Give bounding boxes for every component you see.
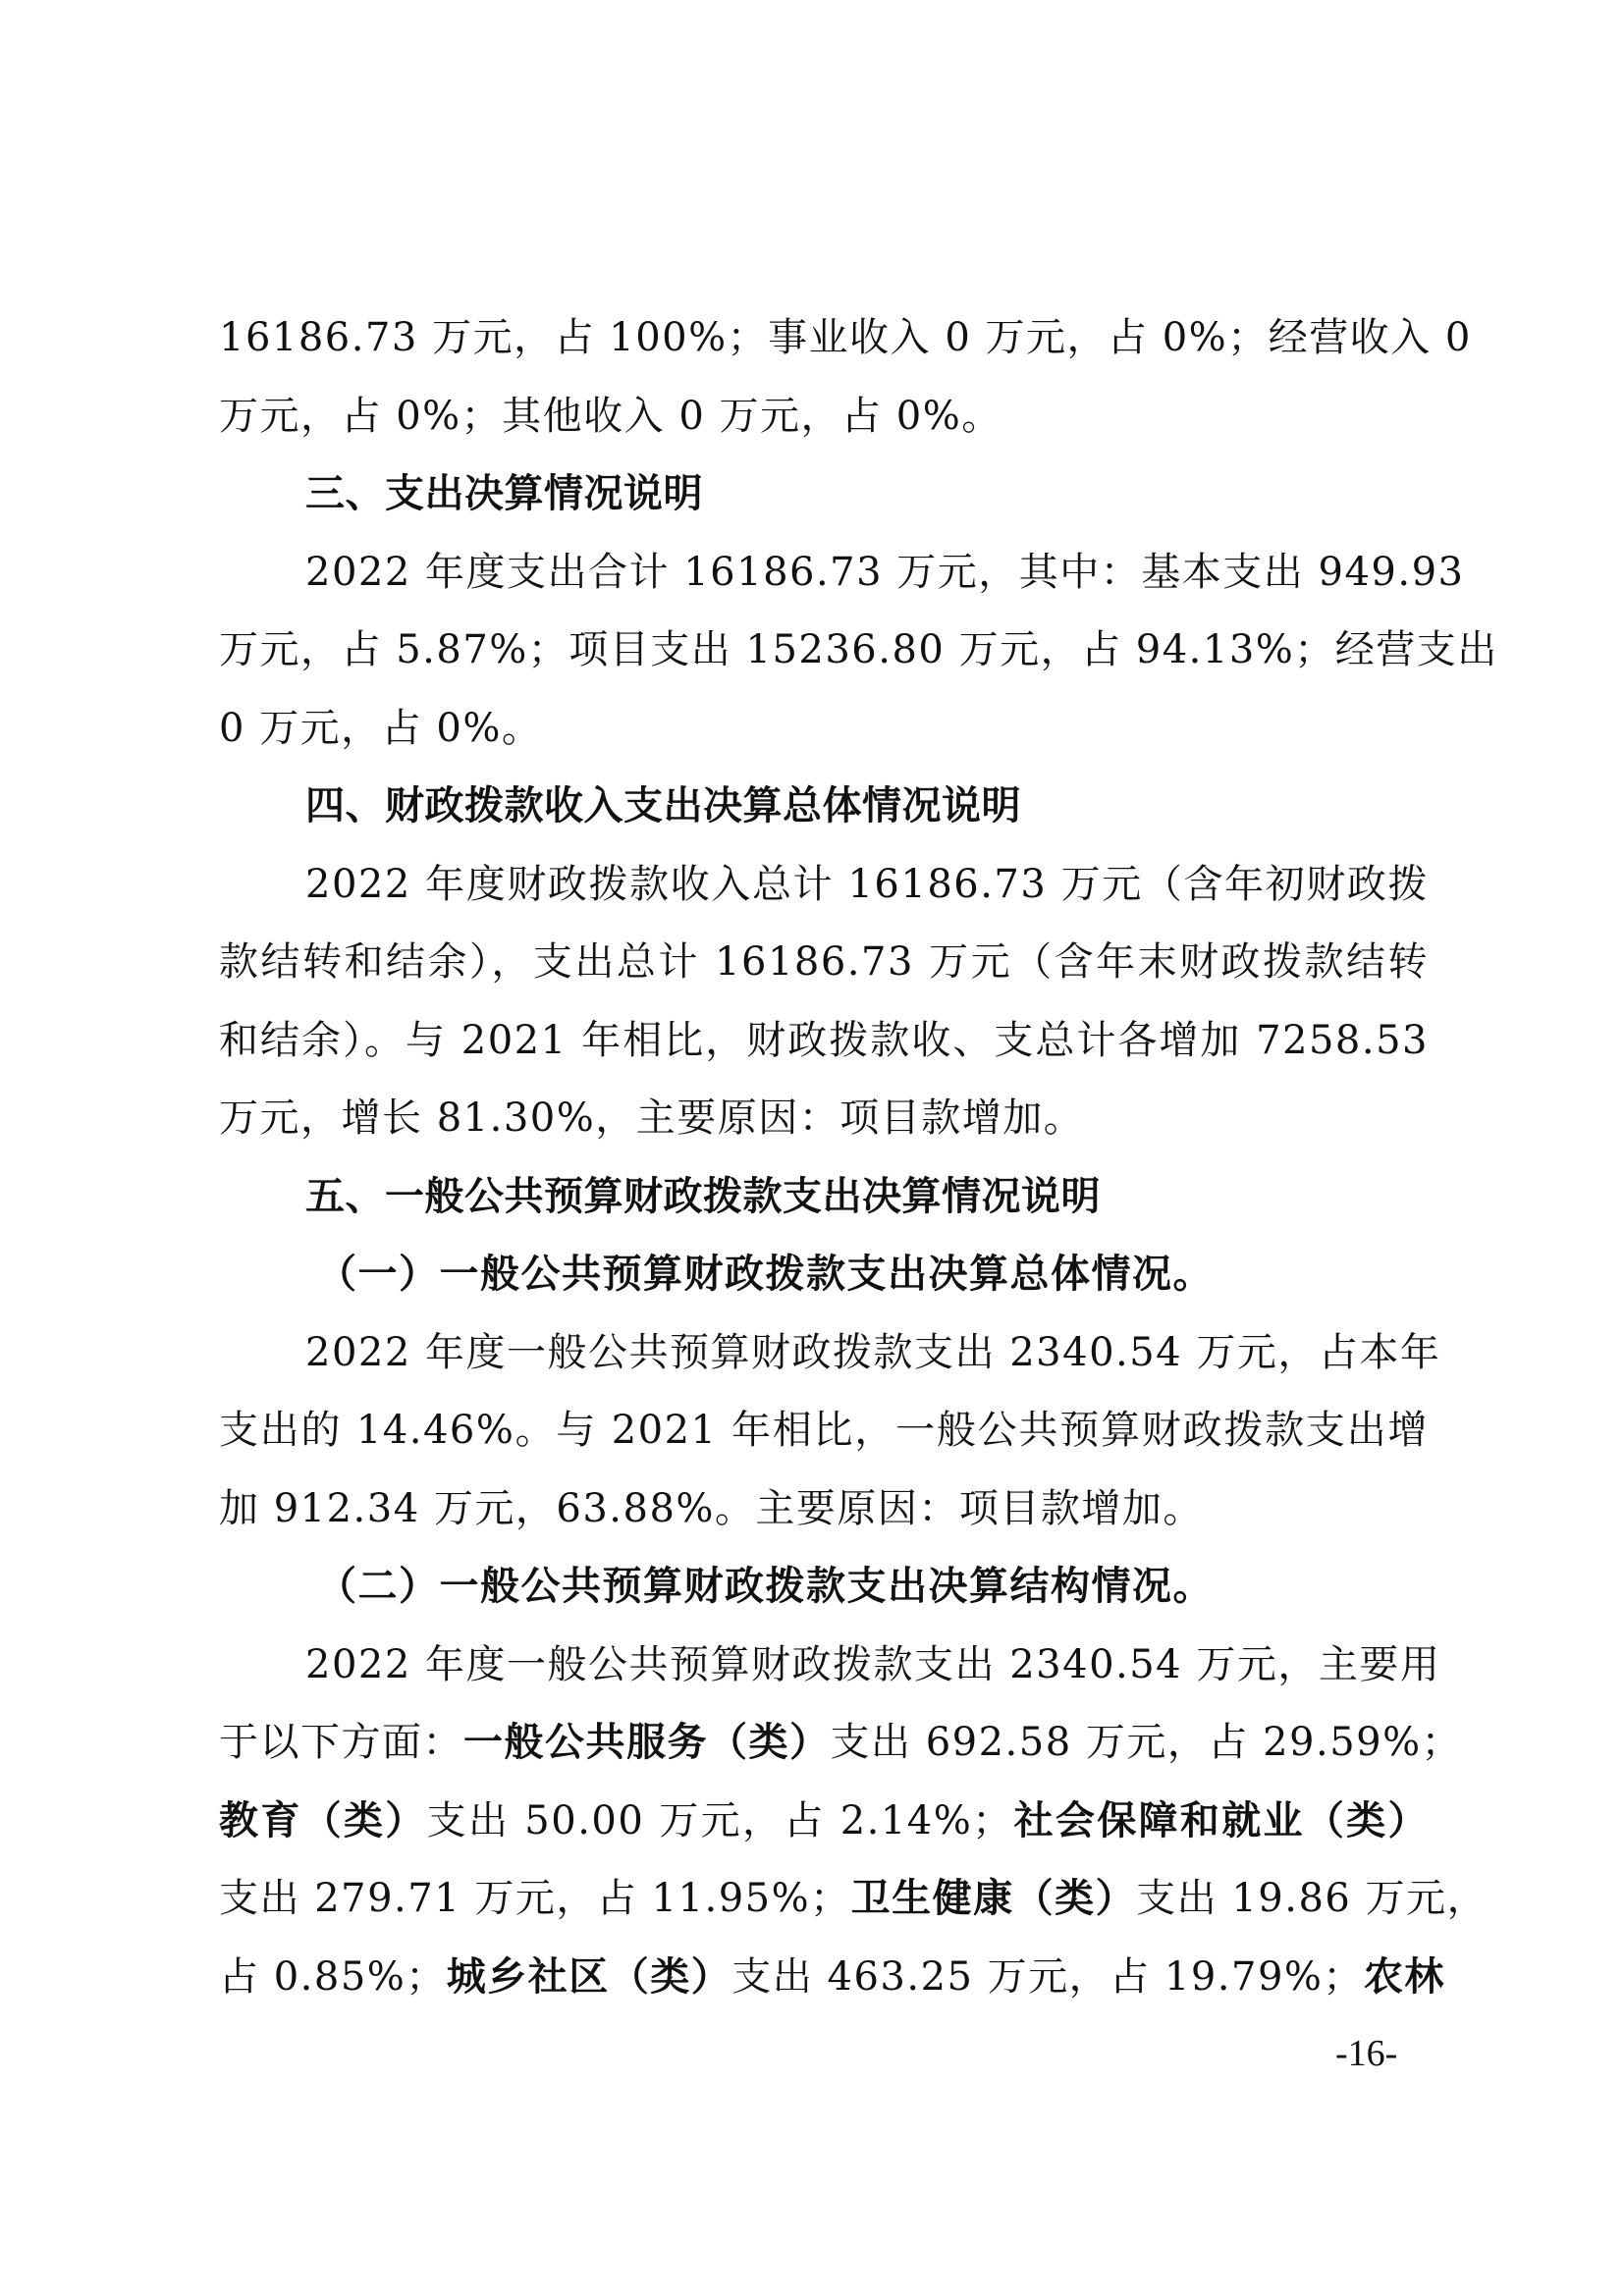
paragraph-line-mixed: 支出 279.71 万元，占 11.95%；卫生健康（类）支出 19.86 万元… [219,1860,1429,1939]
subsection-heading-2: （二）一般公共预算财政拨款支出决算结构情况。 [219,1548,1429,1627]
plain-text: 支出 692.58 万元，占 29.59%； [831,1720,1463,1765]
subsection-heading-1: （一）一般公共预算财政拨款支出决算总体情况。 [219,1236,1429,1314]
paragraph-line: 2022 年度一般公共预算财政拨款支出 2340.54 万元，主要用 [219,1627,1429,1705]
paragraph-line: 2022 年度财政拨款收入总计 16186.73 万元（含年初财政拨 [219,846,1429,925]
plain-text: 支出 463.25 万元，占 19.79%； [731,1954,1364,2000]
paragraph-line: 支出的 14.46%。与 2021 年相比，一般公共预算财政拨款支出增 [219,1392,1429,1470]
paragraph-line: 0 万元，占 0%。 [219,690,1429,769]
paragraph-line-mixed: 于以下方面：一般公共服务（类）支出 692.58 万元，占 29.59%； [219,1704,1429,1783]
paragraph-line: 和结余）。与 2021 年相比，财政拨款收、支总计各增加 7258.53 [219,1002,1429,1081]
paragraph-line: 2022 年度支出合计 16186.73 万元，其中：基本支出 949.93 [219,534,1429,613]
category-social-security: 社会保障和就业（类） [1013,1798,1429,1843]
section-heading-4: 四、财政拨款收入支出决算总体情况说明 [219,768,1429,846]
plain-text: 占 0.85%； [219,1954,447,2000]
plain-text: 支出 50.00 万元，占 2.14%； [427,1798,1013,1843]
document-page: 16186.73 万元，占 100%；事业收入 0 万元，占 0%；经营收入 0… [219,299,1429,2016]
category-urban-rural-community: 城乡社区（类） [447,1954,732,2000]
paragraph-line: 万元，占 0%；其他收入 0 万元，占 0%。 [219,378,1429,456]
paragraph-line: 2022 年度一般公共预算财政拨款支出 2340.54 万元，占本年 [219,1314,1429,1393]
plain-text: 支出 19.86 万元， [1136,1876,1488,1921]
category-health: 卫生健康（类） [851,1876,1137,1921]
page-number: -16- [1335,2024,1397,2083]
category-agriculture: 农林 [1364,1954,1445,2000]
paragraph-line-mixed: 教育（类）支出 50.00 万元，占 2.14%；社会保障和就业（类） [219,1783,1429,1861]
plain-text: 支出 279.71 万元，占 11.95%； [219,1876,851,1921]
section-heading-5: 五、一般公共预算财政拨款支出决算情况说明 [219,1158,1429,1237]
paragraph-line: 加 912.34 万元，63.88%。主要原因：项目款增加。 [219,1470,1429,1549]
plain-text: 于以下方面： [219,1720,463,1765]
paragraph-line-mixed: 占 0.85%；城乡社区（类）支出 463.25 万元，占 19.79%；农林 [219,1939,1429,2017]
category-education: 教育（类） [219,1798,427,1843]
category-general-public-services: 一般公共服务（类） [463,1720,831,1765]
paragraph-line: 万元，占 5.87%；项目支出 15236.80 万元，占 94.13%；经营支… [219,612,1429,690]
section-heading-3: 三、支出决算情况说明 [219,455,1429,534]
paragraph-line: 款结转和结余），支出总计 16186.73 万元（含年末财政拨款结转 [219,924,1429,1002]
paragraph-line: 16186.73 万元，占 100%；事业收入 0 万元，占 0%；经营收入 0 [219,299,1429,378]
paragraph-line: 万元，增长 81.30%，主要原因：项目款增加。 [219,1080,1429,1158]
